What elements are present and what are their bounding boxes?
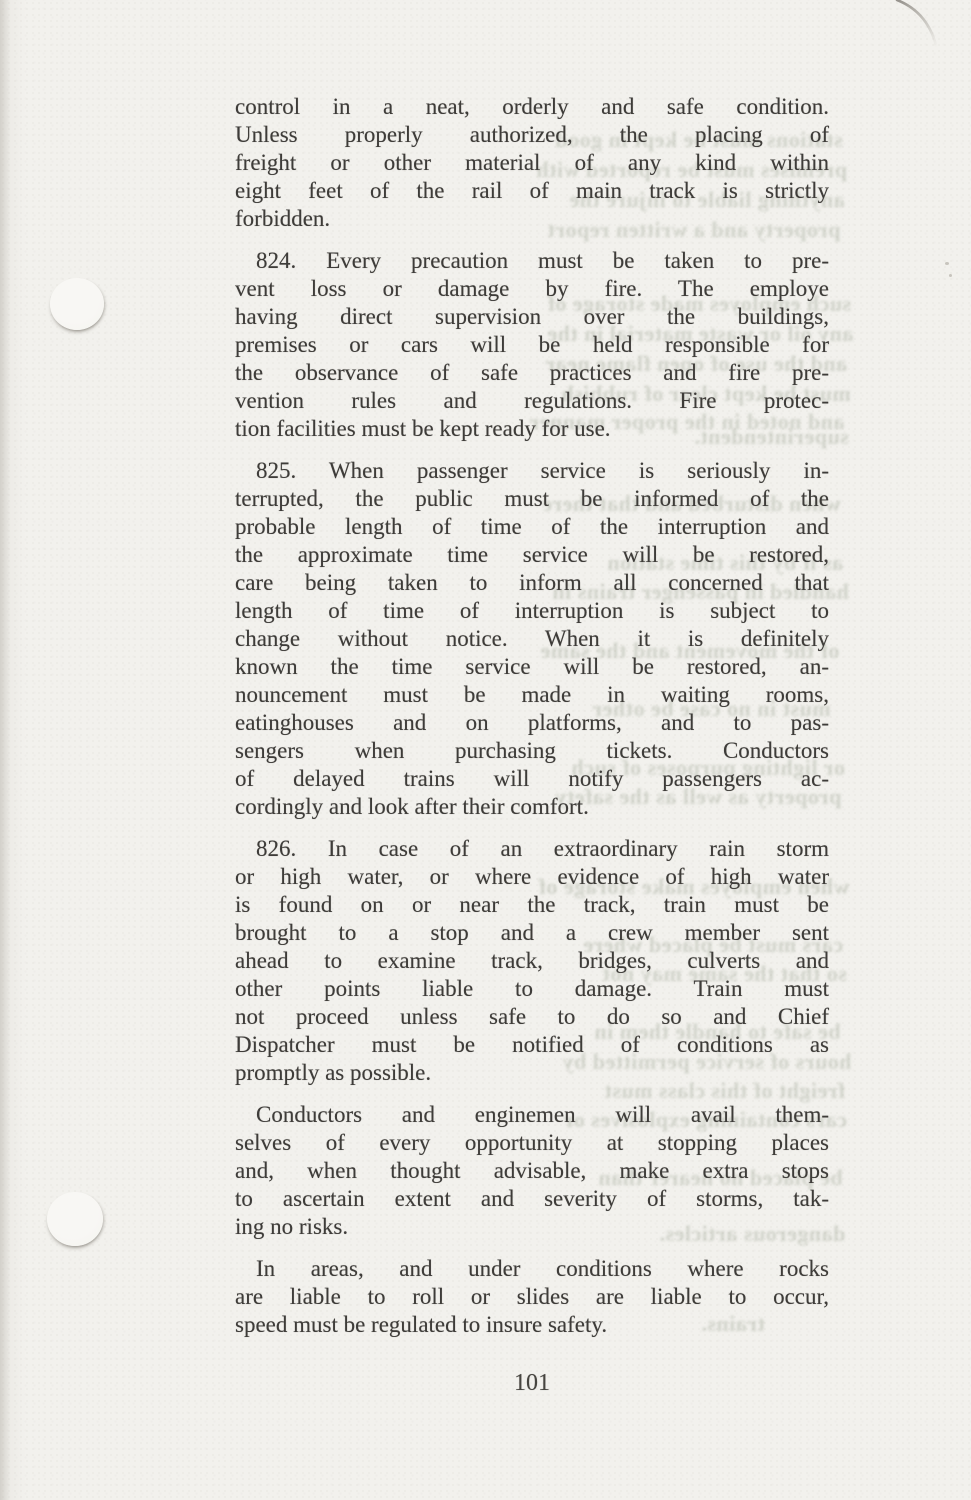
text-line: 825. When passenger service is seriously… [235, 457, 829, 485]
page-curl-corner [840, 0, 971, 100]
paragraph: 826. In case of an extraordinary rain st… [235, 835, 829, 1087]
text-line: 826. In case of an extraordinary rain st… [235, 835, 829, 863]
text-line: or high water, or where evidence of high… [235, 863, 829, 891]
text-line: eight feet of the rail of main track is … [235, 177, 829, 205]
paragraph: 824. Every precaution must be taken to p… [235, 247, 829, 443]
text-line: care being taken to inform all concerned… [235, 569, 829, 597]
text-line: control in a neat, orderly and safe cond… [235, 93, 829, 121]
text-line: the approximate time service will be res… [235, 541, 829, 569]
text-line: Dispatcher must be notified of condition… [235, 1031, 829, 1059]
text-line: is found on or near the track, train mus… [235, 891, 829, 919]
text-line: are liable to roll or slides are liable … [235, 1283, 829, 1311]
paragraph: 825. When passenger service is seriously… [235, 457, 829, 821]
text-line: vent loss or damage by fire. The employe [235, 275, 829, 303]
text-line: cordingly and look after their comfort. [235, 793, 829, 821]
page-number: 101 [235, 1370, 829, 1397]
text-line: ahead to examine track, bridges, culvert… [235, 947, 829, 975]
dust-speck [945, 262, 949, 265]
text-line: not proceed unless safe to do so and Chi… [235, 1003, 829, 1031]
paragraph: In areas, and under conditions where roc… [235, 1255, 829, 1339]
punch-hole-bottom [47, 1192, 103, 1246]
text-line: other points liable to damage. Train mus… [235, 975, 829, 1003]
text-line: eatinghouses and on platforms, and to pa… [235, 709, 829, 737]
punch-hole-top [50, 278, 104, 330]
text-line: speed must be regulated to insure safety… [235, 1311, 829, 1339]
text-line: premises or cars will be held responsibl… [235, 331, 829, 359]
text-line: the observance of safe practices and fir… [235, 359, 829, 387]
text-line: In areas, and under conditions where roc… [235, 1255, 829, 1283]
text-line: freight or other material of any kind wi… [235, 149, 829, 177]
text-line: probable length of time of the interrupt… [235, 513, 829, 541]
text-line: to ascertain extent and severity of stor… [235, 1185, 829, 1213]
text-line: of delayed trains will notify passengers… [235, 765, 829, 793]
scan-left-edge-shadow [0, 0, 26, 1500]
paragraph: control in a neat, orderly and safe cond… [235, 93, 829, 233]
text-line: 824. Every precaution must be taken to p… [235, 247, 829, 275]
text-line: change without notice. When it is defini… [235, 625, 829, 653]
text-line: promptly as possible. [235, 1059, 829, 1087]
text-line: brought to a stop and a crew member sent [235, 919, 829, 947]
page-text-block: control in a neat, orderly and safe cond… [235, 93, 829, 1353]
book-page: stations must be kept in goodpremises mu… [0, 0, 971, 1500]
text-line: Conductors and enginemen will avail them… [235, 1101, 829, 1129]
text-line: tion facilities must be kept ready for u… [235, 415, 829, 443]
text-line: and, when thought advisable, make extra … [235, 1157, 829, 1185]
text-line: length of time of interruption is subjec… [235, 597, 829, 625]
dust-speck [949, 274, 952, 277]
text-line: terrupted, the public must be informed o… [235, 485, 829, 513]
text-line: forbidden. [235, 205, 829, 233]
paragraph: Conductors and enginemen will avail them… [235, 1101, 829, 1241]
text-line: known the time service will be restored,… [235, 653, 829, 681]
text-line: vention rules and regulations. Fire prot… [235, 387, 829, 415]
text-line: selves of every opportunity at stopping … [235, 1129, 829, 1157]
text-line: ing no risks. [235, 1213, 829, 1241]
text-line: sengers when purchasing tickets. Conduct… [235, 737, 829, 765]
text-line: having direct supervision over the build… [235, 303, 829, 331]
text-line: Unless properly authorized, the placing … [235, 121, 829, 149]
text-line: nouncement must be made in waiting rooms… [235, 681, 829, 709]
